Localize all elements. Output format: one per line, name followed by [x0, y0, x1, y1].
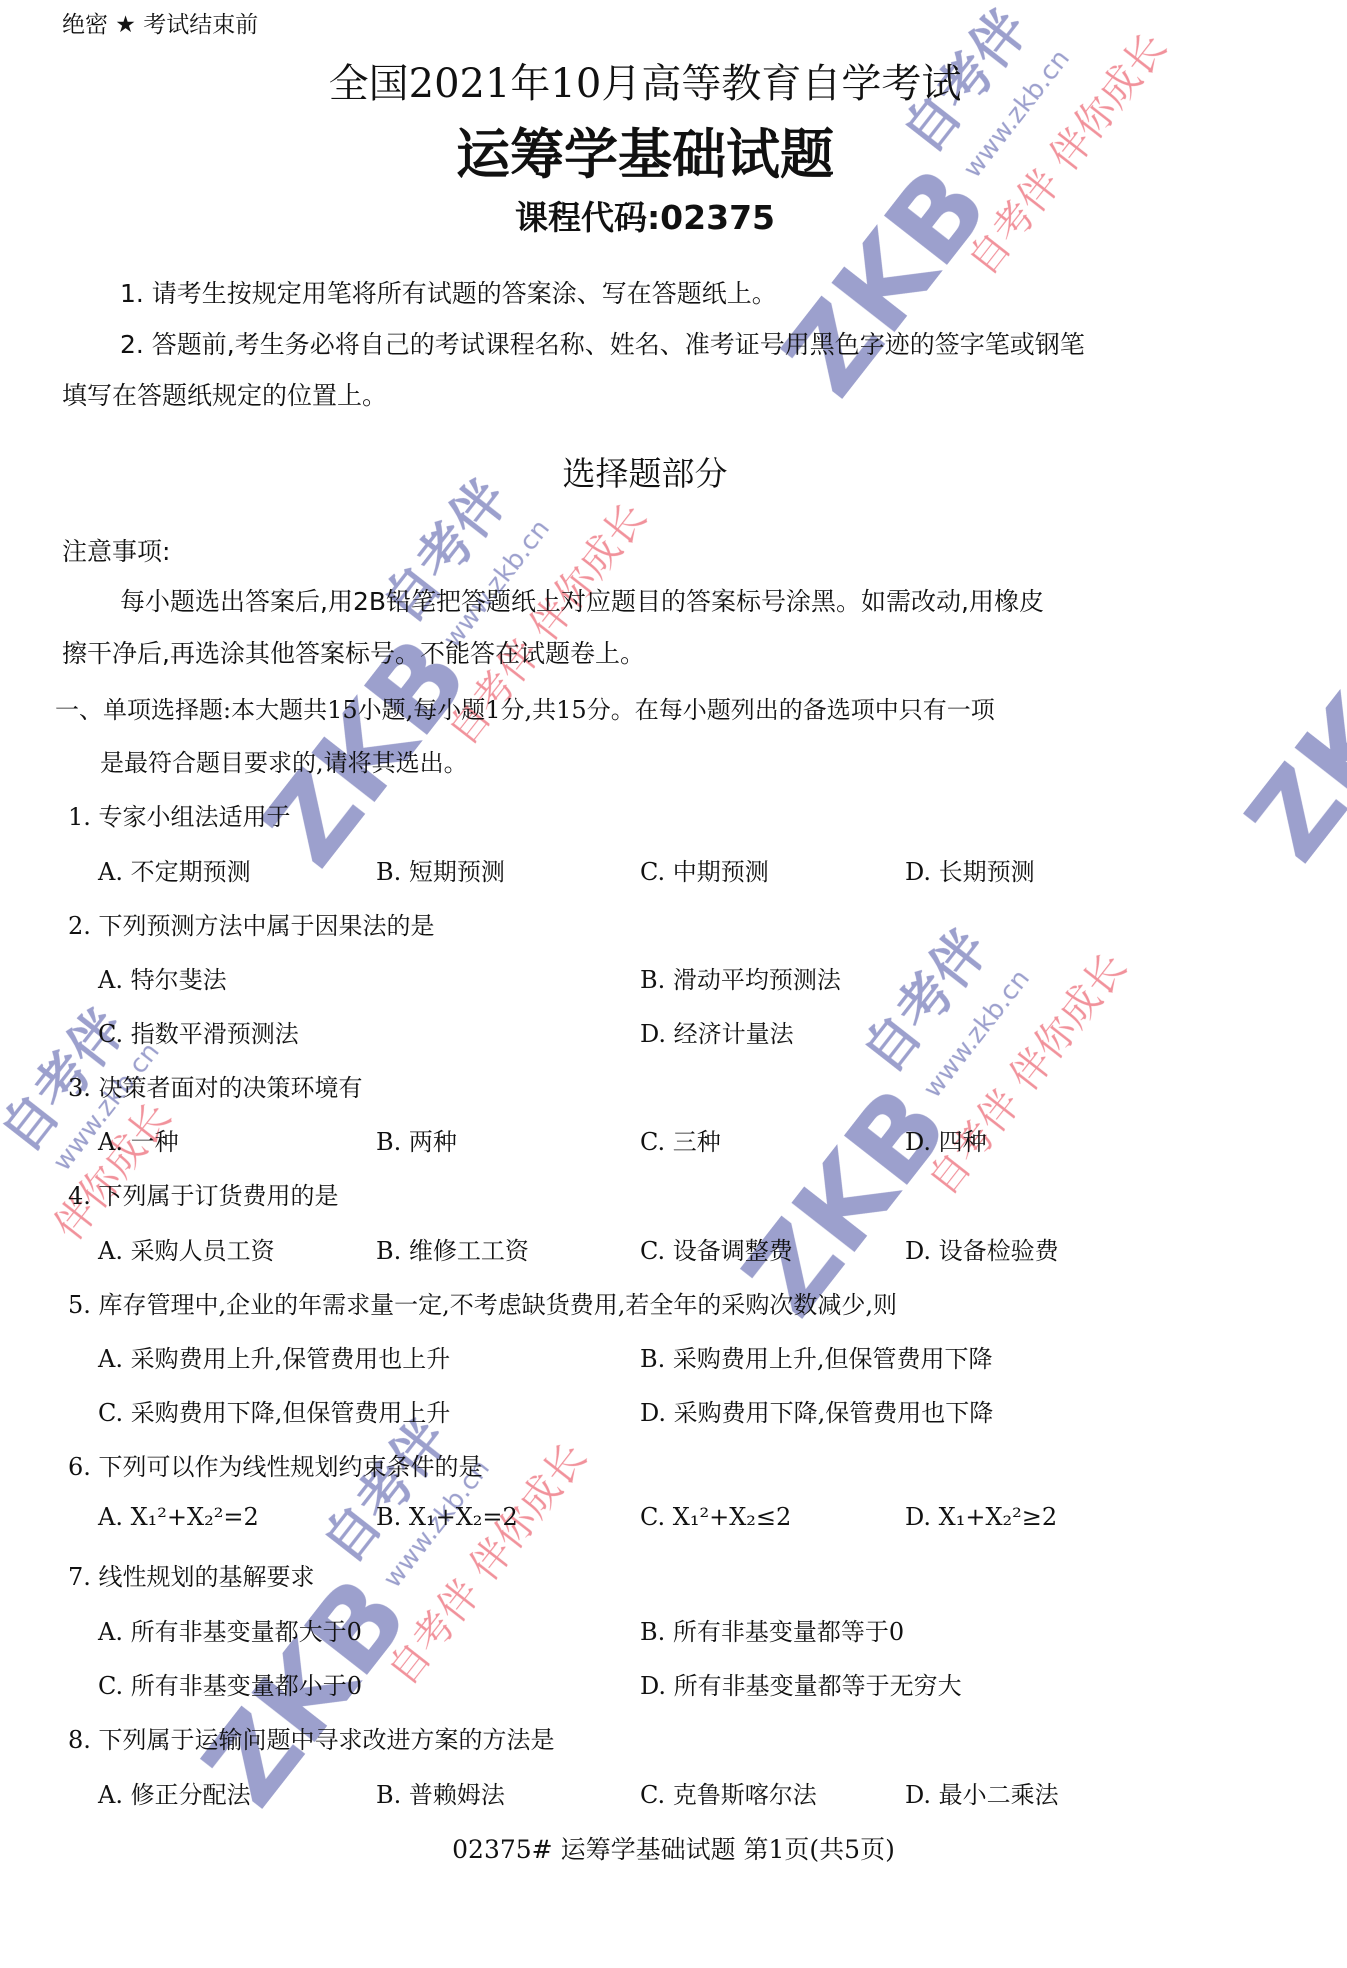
question-1-option-b: B. 短期预测	[376, 852, 505, 887]
question-7-option-c: C. 所有非基变量都小于0	[98, 1666, 362, 1701]
question-6-option-b: B. X₁+X₂=2	[376, 1503, 518, 1531]
question-1-option-c: C. 中期预测	[640, 852, 769, 887]
question-8-stem: 8. 下列属于运输问题中寻求改进方案的方法是	[68, 1720, 555, 1755]
question-5-option-b: B. 采购费用上升,但保管费用下降	[640, 1339, 993, 1374]
question-5-option-a: A. 采购费用上升,保管费用也上升	[98, 1339, 450, 1374]
question-5-option-d: D. 采购费用下降,保管费用也下降	[640, 1393, 993, 1428]
instruction-2: 2. 答题前,考生务必将自己的考试课程名称、姓名、准考证号用黑色字迹的签字笔或钢…	[120, 325, 1085, 361]
svg-text:伴你成长: 伴你成长	[46, 1094, 181, 1248]
question-6-option-c: C. X₁²+X₂≤2	[640, 1503, 791, 1531]
question-2-option-a: A. 特尔斐法	[98, 960, 227, 995]
subject-title: 运筹学基础试题	[0, 112, 1290, 189]
question-2-option-b: B. 滑动平均预测法	[640, 960, 841, 995]
question-2-option-d: D. 经济计量法	[640, 1014, 794, 1049]
question-1-option-d: D. 长期预测	[905, 852, 1035, 887]
course-code: 课程代码:02375	[0, 192, 1290, 239]
question-5-option-c: C. 采购费用下降,但保管费用上升	[98, 1393, 450, 1428]
svg-text:自考伴 伴你成长: 自考伴 伴你成长	[919, 945, 1135, 1204]
question-2-stem: 2. 下列预测方法中属于因果法的是	[68, 906, 435, 941]
question-1-option-a: A. 不定期预测	[98, 852, 251, 887]
notice-line-2: 擦干净后,再选涂其他答案标号。不能答在试题卷上。	[62, 634, 645, 670]
question-4-option-c: C. 设备调整费	[640, 1231, 793, 1266]
section-title: 选择题部分	[0, 448, 1290, 495]
instruction-1: 1. 请考生按规定用笔将所有试题的答案涂、写在答题纸上。	[120, 274, 777, 310]
question-3-option-a: A. 一种	[98, 1122, 179, 1157]
part-heading-line-2: 是最符合题目要求的,请将其选出。	[100, 743, 468, 778]
svg-text:自考伴: 自考伴	[851, 918, 1000, 1084]
question-6-stem: 6. 下列可以作为线性规划约束条件的是	[68, 1447, 483, 1482]
page-footer: 02375# 运筹学基础试题 第1页(共5页)	[0, 1830, 1347, 1866]
question-7-stem: 7. 线性规划的基解要求	[68, 1557, 315, 1592]
svg-text:ZK: ZK	[1222, 672, 1347, 884]
question-3-stem: 3. 决策者面对的决策环境有	[68, 1068, 363, 1103]
question-3-option-d: D. 四种	[905, 1122, 987, 1157]
question-7-option-b: B. 所有非基变量都等于0	[640, 1612, 904, 1647]
question-6-option-a: A. X₁²+X₂²=2	[98, 1503, 259, 1531]
svg-text:www.zkb.cn: www.zkb.cn	[917, 964, 1035, 1104]
question-1-stem: 1. 专家小组法适用于	[68, 797, 291, 832]
instruction-2-continued: 填写在答题纸规定的位置上。	[62, 376, 387, 412]
question-5-stem: 5. 库存管理中,企业的年需求量一定,不考虑缺货费用,若全年的采购次数减少,则	[68, 1285, 897, 1320]
question-4-option-a: A. 采购人员工资	[98, 1231, 275, 1266]
question-8-option-c: C. 克鲁斯喀尔法	[640, 1775, 817, 1810]
question-7-option-a: A. 所有非基变量都大于0	[98, 1612, 362, 1647]
question-8-option-b: B. 普赖姆法	[376, 1775, 505, 1810]
svg-text:自考伴: 自考伴	[311, 1408, 460, 1574]
question-6-option-d: D. X₁+X₂²≥2	[905, 1503, 1057, 1531]
notice-label: 注意事项:	[62, 532, 170, 568]
question-4-option-b: B. 维修工工资	[376, 1231, 529, 1266]
question-4-option-d: D. 设备检验费	[905, 1231, 1059, 1266]
notice-line-1: 每小题选出答案后,用2B铅笔把答题纸上对应题目的答案标号涂黑。如需改动,用橡皮	[120, 582, 1044, 618]
exam-title: 全国2021年10月高等教育自学考试	[0, 52, 1290, 109]
confidential-label: 绝密 ★ 考试结束前	[62, 6, 258, 39]
question-2-option-c: C. 指数平滑预测法	[98, 1014, 299, 1049]
question-8-option-d: D. 最小二乘法	[905, 1775, 1059, 1810]
question-4-stem: 4. 下列属于订货费用的是	[68, 1176, 339, 1211]
question-7-option-d: D. 所有非基变量都等于无穷大	[640, 1666, 962, 1701]
part-heading-line-1: 一、单项选择题:本大题共15小题,每小题1分,共15分。在每小题列出的备选项中只…	[55, 690, 995, 725]
question-3-option-c: C. 三种	[640, 1122, 721, 1157]
question-3-option-b: B. 两种	[376, 1122, 457, 1157]
question-8-option-a: A. 修正分配法	[98, 1775, 251, 1810]
